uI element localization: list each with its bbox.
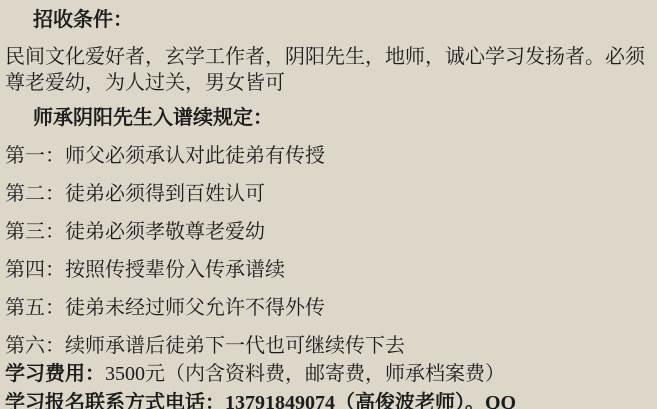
recruitment-conditions-body: 民间文化爱好者，玄学工作者，阴阳先生，地师，诚心学习发扬者。必须尊老爱幼，为人过…	[5, 44, 651, 96]
rule-item-4: 第四：按照传授辈份入传承谱续	[5, 260, 651, 280]
rule-item-2: 第二：徒弟必须得到百姓认可	[5, 184, 651, 204]
rule-item-6: 第六：续师承谱后徒弟下一代也可继续传下去	[5, 336, 651, 356]
rule-item-5: 第五：徒弟未经过师父允许不得外传	[5, 298, 651, 318]
document-page: 招收条件： 民间文化爱好者，玄学工作者，阴阳先生，地师，诚心学习发扬者。必须尊老…	[0, 0, 657, 409]
contact-info-line: 学习报名联系方式电话：13791849074（高俊波老师）。QQ	[5, 393, 651, 409]
study-fee-line: 学习费用：3500元（内含资料费，邮寄费，师承档案费）	[5, 364, 651, 384]
rule-item-1: 第一：师父必须承认对此徒弟有传授	[5, 146, 651, 166]
rule-item-3: 第三：徒弟必须孝敬尊老爱幼	[5, 222, 651, 242]
study-fee-value: 3500元（内含资料费，邮寄费，师承档案费）	[105, 363, 505, 385]
lineage-rules-heading: 师承阴阳先生入谱续规定：	[5, 108, 651, 128]
study-fee-label: 学习费用：	[5, 363, 105, 385]
recruitment-conditions-heading: 招收条件：	[5, 10, 651, 30]
